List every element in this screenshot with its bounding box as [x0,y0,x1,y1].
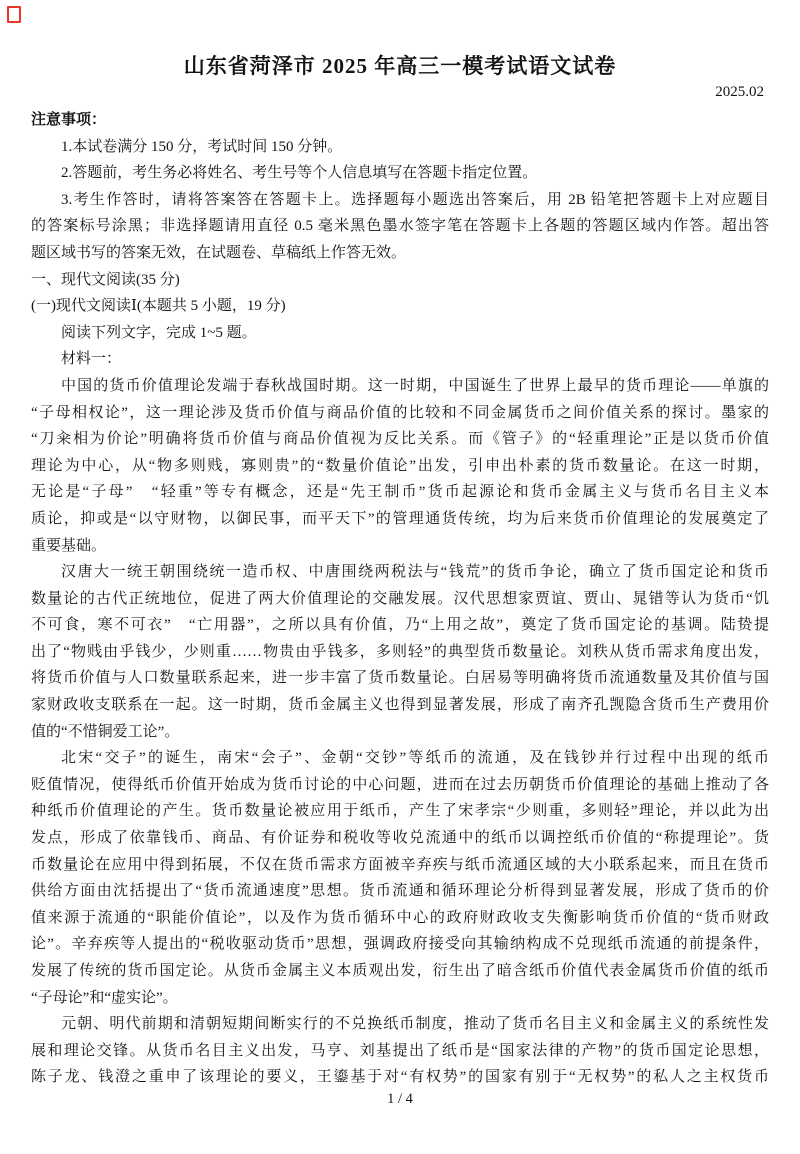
text-line: 2.答题前，考生务必将姓名、考生号等个人信息填写在答题卡指定位置。 [31,160,769,187]
text-line: 值的“不惜铜爱工论”。 [31,719,769,746]
text-line: 一、现代文阅读(35 分) [31,267,769,294]
page-number: 1 / 4 [0,1091,800,1108]
text-line: 题区域书写的答案无效，在试题卷、草稿纸上作答无效。 [31,240,769,267]
text-line: 展和理论交锋。从货币名目主义出发，马亨、刘基提出了纸币是“国家法律的产物”的货币… [31,1038,769,1065]
text-line: 材料一： [31,346,769,373]
text-line: 数量论的古代正统地位，促进了两大价值理论的交融发展。汉代思想家贾谊、贾山、晁错等… [31,586,769,613]
text-line: 1.本试卷满分 150 分，考试时间 150 分钟。 [31,134,769,161]
text-line: “刀籴相为价论”明确将货币价值与商品价值视为反比关系。而《管子》的“轻重理论”正… [31,426,769,453]
exam-date: 2025.02 [715,84,764,101]
text-line: 中国的货币价值理论发端于春秋战国时期。这一时期，中国诞生了世界上最早的货币理论—… [31,373,769,400]
text-line: 家财政收支联系在一起。这一时期，货币金属主义也得到显著发展，形成了南齐孔觊隐含货… [31,692,769,719]
text-line: 陈子龙、钱澄之重申了该理论的要义，王鎏基于对“有权势”的国家有别于“无权势”的私… [31,1064,769,1091]
text-line: 的答案标号涂黑；非选择题请用直径 0.5 毫米黑色墨水签字笔在答题卡上各题的答题… [31,213,769,240]
text-line: 注意事项： [31,107,769,134]
text-line: 无论是“子母” “轻重”等专有概念，还是“先王制币”货币起源论和货币金属主义与货… [31,479,769,506]
text-line: 汉唐大一统王朝围绕统一造币权、中唐围绕两税法与“钱荒”的货币争论，确立了货币国定… [31,559,769,586]
text-line: 出了“物贱由乎钱少，少则重……物贵由乎钱多，多则轻”的典型货币数量论。刘秩从货币… [31,639,769,666]
text-line: 发展了传统的货币国定论。从货币金属主义本质观出发，衍生出了暗含纸币价值代表金属货… [31,958,769,985]
text-line: 重要基础。 [31,533,769,560]
text-line: (一)现代文阅读Ⅰ(本题共 5 小题，19 分) [31,293,769,320]
text-line: 贬值情况，使得纸币价值开始成为货币讨论的中心问题，进而在过去历朝货币价值理论的基… [31,772,769,799]
exam-paper-page: 山东省菏泽市 2025 年高三一模考试语文试卷 2025.02 注意事项：1.本… [0,0,800,1154]
text-line: 不可食，寒不可衣” “亡用器”，之所以具有价值，乃“上用之故”，奠定了货币国定论… [31,612,769,639]
text-line: 币数量论在应用中得到拓展，不仅在货币需求方面被辛弃疾与纸币流通区域的大小联系起来… [31,852,769,879]
document-body: 注意事项：1.本试卷满分 150 分，考试时间 150 分钟。2.答题前，考生务… [31,107,769,1091]
text-line: 质论，抑或是“以守财物，以御民事，而平天下”的管理通货传统，均为后来货币价值理论… [31,506,769,533]
text-line: “子母论”和“虚实论”。 [31,985,769,1012]
paper-title: 山东省菏泽市 2025 年高三一模考试语文试卷 [0,50,800,80]
text-line: “子母相权论”，这一理论涉及货币价值与商品价值的比较和不同金属货币之间价值关系的… [31,400,769,427]
text-line: 供给方面由沈括提出了“货币流通速度”思想。货币流通和循环理论分析得到显著发展，形… [31,878,769,905]
text-line: 3.考生作答时，请将答案答在答题卡上。选择题每小题选出答案后，用 2B 铅笔把答… [31,187,769,214]
text-line: 北宋“交子”的诞生，南宋“会子”、金朝“交钞”等纸币的流通，及在钱钞并行过程中出… [31,745,769,772]
text-line: 元朝、明代前期和清朝短期间断实行的不兑换纸币制度，推动了货币名目主义和金属主义的… [31,1011,769,1038]
text-line: 论”。辛弃疾等人提出的“税收驱动货币”思想，强调政府接受向其输纳构成不兑现纸币流… [31,931,769,958]
red-placeholder-icon [7,6,21,23]
text-line: 将货币价值与人口数量联系起来，进一步丰富了货币数量论。白居易等明确将货币流通数量… [31,665,769,692]
text-line: 值来源于流通的“职能价值论”，以及作为货币循环中心的政府财政收支失衡影响货币价值… [31,905,769,932]
text-line: 发点，形成了依靠钱币、商品、有价证券和税收等收兑流通中的纸币以调控纸币价值的“称… [31,825,769,852]
text-line: 阅读下列文字，完成 1~5 题。 [31,320,769,347]
text-line: 种纸币价值理论的产生。货币数量论被应用于纸币，产生了宋孝宗“少则重，多则轻”理论… [31,798,769,825]
text-line: 理论为中心，从“物多则贱，寡则贵”的“数量价值论”出发，引申出朴素的货币数量论。… [31,453,769,480]
